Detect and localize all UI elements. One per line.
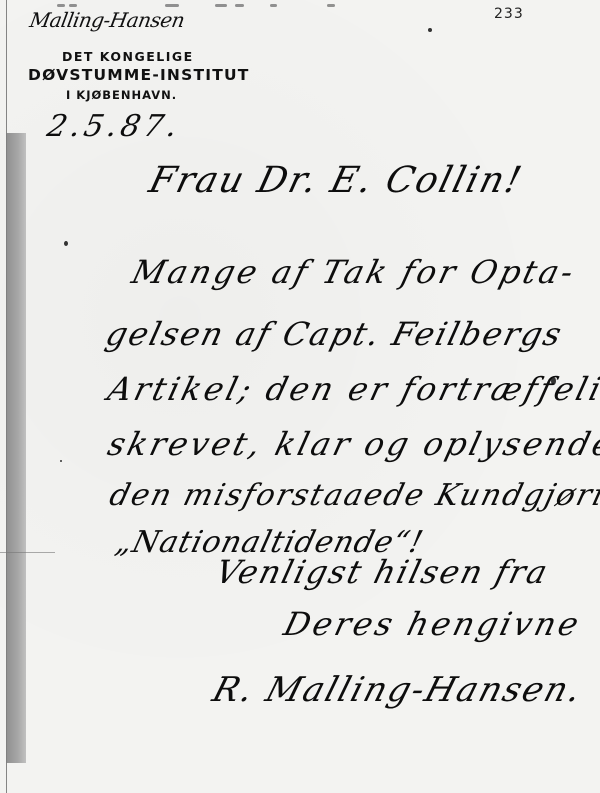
signature: R. Malling-Hansen. (208, 670, 588, 710)
body-line: den misforstaaede Kundgjøring i (106, 478, 600, 513)
body-line: Artikel; den er fortræffelig (104, 370, 600, 408)
letter-page: Malling-Hansen DET KONGELIGE DØVSTUMME-I… (0, 0, 600, 793)
page-number: 233 (494, 6, 524, 22)
letterhead-line-3: I KJØBENHAVN. (66, 88, 177, 102)
letter-date: 2.5.87. (44, 109, 184, 144)
closing-line: Deres hengivne (280, 605, 585, 643)
letterhead-line-1: DET KONGELIGE (62, 49, 194, 64)
body-line: gelsen af Capt. Feilbergs (102, 315, 567, 353)
ink-speck (428, 28, 432, 32)
closing-line: Venligst hilsen fra (212, 553, 553, 591)
body-line: Mange af Tak for Opta- (128, 253, 580, 291)
ink-speck (64, 241, 68, 246)
letterhead-script-name: Malling-Hansen (28, 8, 186, 32)
ink-speck (60, 460, 62, 462)
salutation: Frau Dr. E. Collin! (145, 160, 527, 201)
scan-edge-band (6, 133, 26, 763)
letterhead-line-2: DØVSTUMME-INSTITUT (28, 66, 250, 84)
scan-edge-tick (0, 552, 55, 553)
body-line: skrevet, klar og oplysende; (104, 425, 600, 463)
